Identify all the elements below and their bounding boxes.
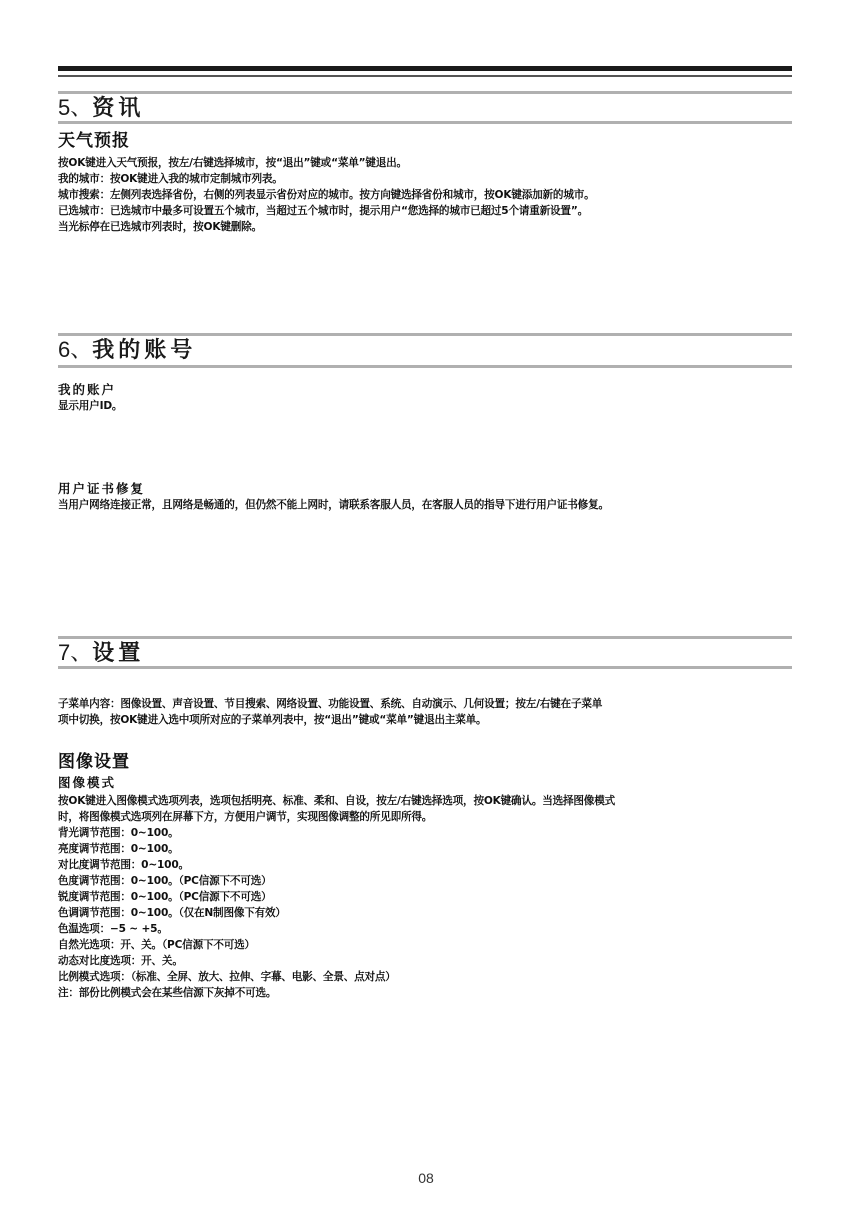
text-line: 动态对比度选项：开、关。 (58, 953, 798, 969)
text-line: 对比度调节范围：0~100。 (58, 857, 798, 873)
section-5-bottom-rule (58, 121, 792, 124)
weather-paragraph: 按OK键进入天气预报，按左/右键选择城市，按“退出”键或“菜单”键退出。 我的城… (58, 155, 798, 235)
page-number: 08 (0, 1170, 852, 1186)
section-title-text: 资讯 (92, 96, 144, 121)
section-6-bottom-rule (58, 365, 792, 368)
text-line: 色度调节范围：0~100。（PC信源下不可选） (58, 873, 798, 889)
section-title-text: 我的账号 (92, 338, 196, 363)
text-line: 按OK键进入天气预报，按左/右键选择城市，按“退出”键或“菜单”键退出。 (58, 155, 798, 171)
weather-heading: 天气预报 (58, 131, 130, 151)
text-line: 当用户网络连接正常，且网络是畅通的，但仍然不能上网时，请联系客服人员，在客服人员… (58, 497, 798, 513)
text-line: 自然光选项：开、关。（PC信源下不可选） (58, 937, 798, 953)
text-line: 色温选项：−5 ~ +5。 (58, 921, 798, 937)
text-line: 色调调节范围：0~100。（仅在N制图像下有效） (58, 905, 798, 921)
text-line: 注：部份比例模式会在某些信源下灰掉不可选。 (58, 985, 798, 1001)
header-rule-thin (58, 75, 792, 77)
text-line: 当光标停在已选城市列表时，按OK键删除。 (58, 219, 798, 235)
section-5-top-rule (58, 91, 792, 94)
section-7-bottom-rule (58, 666, 792, 669)
section-7-top-rule (58, 636, 792, 639)
my-account-heading: 我的账户 (58, 382, 116, 398)
text-line: 城市搜索：左侧列表选择省份，右侧的列表显示省份对应的城市。按方向键选择省份和城市… (58, 187, 798, 203)
header-rule-thick (58, 66, 792, 71)
cert-repair-text: 当用户网络连接正常，且网络是畅通的，但仍然不能上网时，请联系客服人员，在客服人员… (58, 497, 798, 513)
settings-intro: 子菜单内容：图像设置、声音设置、节目搜索、网络设置、功能设置、系统、自动演示、几… (58, 696, 798, 728)
text-line: 背光调节范围：0~100。 (58, 825, 798, 841)
text-line: 项中切换，按OK键进入选中项所对应的子菜单列表中，按“退出”键或“菜单”键退出主… (58, 712, 798, 728)
picture-mode-subheading: 图像模式 (58, 775, 116, 791)
section-number: 7、 (58, 640, 92, 665)
cert-repair-heading: 用户证书修复 (58, 481, 145, 497)
section-title-text: 设置 (92, 641, 144, 666)
my-account-text: 显示用户ID。 (58, 398, 798, 414)
section-6-title: 6、我的账号 (58, 337, 196, 364)
section-number: 5、 (58, 95, 92, 120)
text-line: 时，将图像模式选项列在屏幕下方，方便用户调节，实现图像调整的所见即所得。 (58, 809, 798, 825)
section-6-top-rule (58, 333, 792, 336)
text-line: 按OK键进入图像模式选项列表，选项包括明亮、标准、柔和、自设，按左/右键选择选项… (58, 793, 798, 809)
picture-mode-paragraph: 按OK键进入图像模式选项列表，选项包括明亮、标准、柔和、自设，按左/右键选择选项… (58, 793, 798, 1001)
picture-settings-heading: 图像设置 (58, 752, 130, 772)
text-line: 亮度调节范围：0~100。 (58, 841, 798, 857)
text-line: 我的城市：按OK键进入我的城市定制城市列表。 (58, 171, 798, 187)
text-line: 已选城市：已选城市中最多可设置五个城市，当超过五个城市时，提示用户“您选择的城市… (58, 203, 798, 219)
text-line: 锐度调节范围：0~100。（PC信源下不可选） (58, 889, 798, 905)
text-line: 比例模式选项：（标准、全屏、放大、拉伸、字幕、电影、全景、点对点） (58, 969, 798, 985)
text-line: 显示用户ID。 (58, 398, 798, 414)
section-5-title: 5、资讯 (58, 95, 144, 122)
text-line: 子菜单内容：图像设置、声音设置、节目搜索、网络设置、功能设置、系统、自动演示、几… (58, 696, 798, 712)
section-7-title: 7、设置 (58, 640, 144, 667)
section-number: 6、 (58, 337, 92, 362)
